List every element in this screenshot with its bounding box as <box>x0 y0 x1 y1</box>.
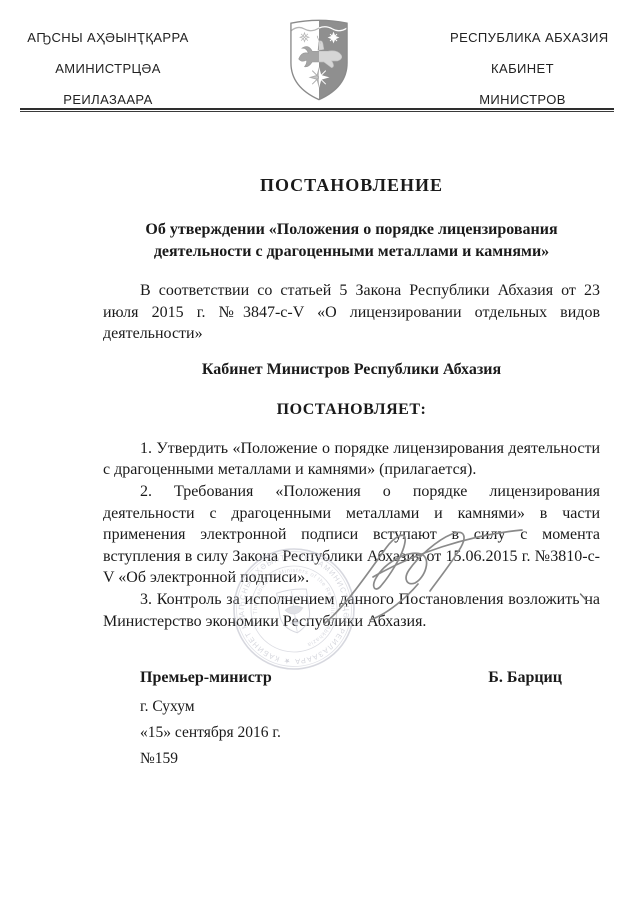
signer-name: Б. Барциц <box>488 669 562 687</box>
letterhead-left-abkhaz: АҦСНЫ АҲӘЫНҬҚАРРА АМИНИСТРЦӘА РЕИЛАЗААРА <box>18 22 198 115</box>
signature-row: Премьер-министр Б. Барциц <box>103 669 600 687</box>
signature-city: г. Сухум <box>140 694 600 720</box>
document-number: №159 <box>140 746 600 772</box>
letterhead-right-line: КАБИНЕТ <box>450 53 595 84</box>
stray-pen-tick <box>579 593 588 602</box>
stamp-center-emblem <box>276 588 312 635</box>
letterhead: АҦСНЫ АҲӘЫНҬҚАРРА АМИНИСТРЦӘА РЕИЛАЗААРА <box>0 0 640 113</box>
decree-title: ПОСТАНОВЛЕНИЕ <box>103 175 600 196</box>
decree-authority: Кабинет Министров Республики Абхазия <box>103 361 600 379</box>
decree-resolution-word: ПОСТАНОВЛЯЕТ: <box>103 401 600 419</box>
letterhead-left-line: АМИНИСТРЦӘА <box>18 53 198 84</box>
decree-body: ПОСТАНОВЛЕНИЕ Об утверждении «Положения … <box>103 175 600 772</box>
date-block: г. Сухум «15» сентября 2016 г. №159 <box>103 694 600 772</box>
letterhead-right-russian: РЕСПУБЛИКА АБХАЗИЯ КАБИНЕТ МИНИСТРОВ <box>450 22 595 115</box>
letterhead-right-line: РЕСПУБЛИКА АБХАЗИЯ <box>450 22 595 53</box>
abkhazia-coat-of-arms-icon <box>289 15 349 103</box>
decree-preamble: В соответствии со статьей 5 Закона Респу… <box>103 280 600 345</box>
handwritten-signature <box>318 522 528 630</box>
letterhead-divider-rule <box>20 108 614 112</box>
document-page: АҦСНЫ АҲӘЫНҬҚАРРА АМИНИСТРЦӘА РЕИЛАЗААРА <box>0 0 640 905</box>
decree-subject: Об утверждении «Положения о порядке лице… <box>124 219 579 263</box>
letterhead-left-line: АҦСНЫ АҲӘЫНҬҚАРРА <box>18 22 198 53</box>
signature-date: «15» сентября 2016 г. <box>140 720 600 746</box>
decree-item-1: 1. Утвердить «Положение о порядке лиценз… <box>103 438 600 481</box>
